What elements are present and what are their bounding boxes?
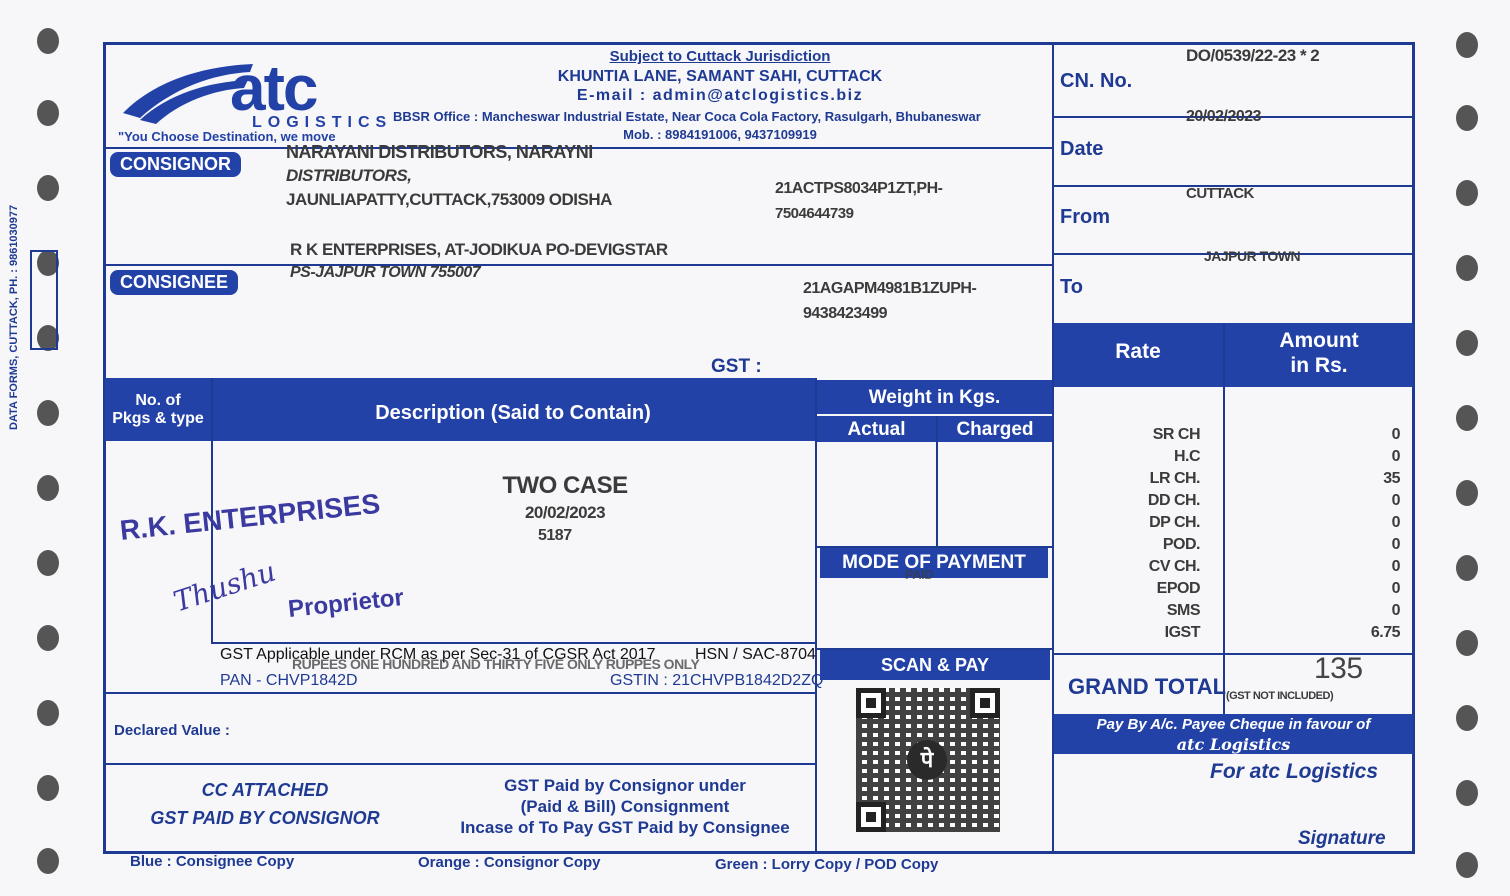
consignor-label: CONSIGNOR	[110, 152, 241, 177]
email: E-mail : admin@atclogistics.biz	[500, 87, 940, 105]
divider	[105, 692, 815, 694]
charge-name: SR CH	[1070, 426, 1200, 448]
margin-box	[30, 250, 58, 350]
consignor-line2: DISTRIBUTORS,	[286, 166, 411, 186]
qr-finder-icon	[970, 688, 1000, 718]
tractor-hole	[37, 400, 59, 426]
charge-row: DD CH.0	[1070, 492, 1400, 514]
rate-label: Rate	[1054, 340, 1222, 364]
tractor-hole	[1456, 705, 1478, 731]
col-pkgs: No. of Pkgs & type	[105, 392, 211, 428]
gst-paid-by-consignor: GST PAID BY CONSIGNOR	[120, 808, 410, 829]
tractor-hole	[1456, 32, 1478, 58]
grand-total-value: 135	[1314, 652, 1363, 686]
charge-name: H.C	[1070, 448, 1200, 470]
charge-amount: 0	[1300, 492, 1400, 514]
charge-amount: 0	[1300, 580, 1400, 602]
charge-amount: 0	[1300, 558, 1400, 580]
cc-attached: CC ATTACHED	[120, 780, 410, 801]
charge-row: LR CH.35	[1070, 470, 1400, 492]
jurisdiction: Subject to Cuttack Jurisdiction	[540, 48, 900, 65]
charge-name: LR CH.	[1070, 470, 1200, 492]
charge-name: DP CH.	[1070, 514, 1200, 536]
consignor-phone: 7504644739	[775, 205, 853, 222]
col-actual: Actual	[817, 419, 936, 441]
consignor-line1: NARAYANI DISTRIBUTORS, NARAYNI	[286, 142, 593, 163]
charge-row: SMS0	[1070, 602, 1400, 624]
col-weight: Weight in Kgs.	[817, 387, 1052, 409]
mode-of-payment-value: PAID	[905, 567, 933, 582]
address-line: KHUNTIA LANE, SAMANT SAHI, CUTTACK	[500, 68, 940, 86]
for-company: For atc Logistics	[1210, 760, 1378, 784]
from-value: CUTTACK	[1186, 185, 1254, 202]
copy-legend-orange: Orange : Consignor Copy	[418, 854, 601, 871]
signature-label: Signature	[1298, 828, 1386, 850]
charge-amount: 0	[1300, 448, 1400, 470]
charge-name: CV CH.	[1070, 558, 1200, 580]
tractor-hole	[37, 175, 59, 201]
charge-row: DP CH.0	[1070, 514, 1400, 536]
consignee-line1: R K ENTERPRISES, AT-JODIKUA PO-DEVIGSTAR	[290, 240, 668, 260]
charge-name: SMS	[1070, 602, 1200, 624]
qr-finder-icon	[856, 688, 886, 718]
consignee-label: CONSIGNEE	[110, 270, 238, 295]
amount-label: Amount in Rs.	[1225, 328, 1413, 378]
col-description: Description (Said to Contain)	[213, 402, 813, 425]
charge-row: IGST6.75	[1070, 624, 1400, 646]
charge-amount: 0	[1300, 514, 1400, 536]
printer-credit: DATA FORMS, CUTTACK, PH. : 9861030977	[8, 205, 20, 430]
gst-label: GST :	[711, 356, 762, 378]
charge-amount: 6.75	[1300, 624, 1400, 646]
cn-no-value: DO/0539/22-23 * 2	[1186, 46, 1319, 66]
date-value: 20/02/2023	[1186, 108, 1261, 126]
gst-note-line3: Incase of To Pay GST Paid by Consignee	[430, 818, 820, 838]
amount-in-words: RUPEES ONE HUNDRED AND THIRTY FIVE ONLY …	[292, 656, 699, 672]
charge-amount: 0	[1300, 536, 1400, 558]
grand-total-label: GRAND TOTAL	[1068, 674, 1226, 700]
tractor-hole	[1456, 105, 1478, 131]
hsn-code: HSN / SAC-8704	[695, 646, 816, 664]
consignee-line2: PS-JAJPUR TOWN 755007	[290, 264, 480, 282]
charge-row: CV CH.0	[1070, 558, 1400, 580]
tractor-hole	[1456, 330, 1478, 356]
charge-amount: 0	[1300, 426, 1400, 448]
charge-row: SR CH0	[1070, 426, 1400, 448]
tractor-hole	[1456, 255, 1478, 281]
to-value: JAJPUR TOWN	[1204, 248, 1300, 264]
charge-amount: 35	[1300, 470, 1400, 492]
gstin: GSTIN : 21CHVPB1842D2ZQ	[610, 672, 823, 690]
scan-pay-label: SCAN & PAY	[820, 650, 1050, 680]
charge-row: POD.0	[1070, 536, 1400, 558]
gst-not-included: (GST NOT INCLUDED)	[1226, 690, 1333, 702]
qr-finder-icon	[856, 802, 886, 832]
tractor-hole	[1456, 852, 1478, 878]
tractor-hole	[1456, 780, 1478, 806]
tractor-hole	[37, 700, 59, 726]
copy-legend-blue: Blue : Consignee Copy	[130, 853, 294, 870]
charge-row: H.C0	[1070, 448, 1400, 470]
tractor-hole	[37, 100, 59, 126]
tractor-hole	[1456, 405, 1478, 431]
tractor-hole	[37, 625, 59, 651]
pan: PAN - CHVP1842D	[220, 672, 358, 690]
tractor-hole	[1456, 180, 1478, 206]
description-line1: TWO CASE	[470, 472, 660, 500]
charge-amount: 0	[1300, 602, 1400, 624]
mode-of-payment-label: MODE OF PAYMENT	[820, 548, 1048, 578]
tractor-hole	[37, 28, 59, 54]
description-line3: 5187	[538, 527, 572, 545]
col-charged: Charged	[938, 419, 1052, 441]
declared-value-label: Declared Value :	[114, 722, 230, 739]
cheque-note-line2: atc Logistics	[1054, 735, 1413, 754]
divider	[105, 264, 1053, 266]
description-line2: 20/02/2023	[470, 503, 660, 523]
consignee-gst-phone: 21AGAPM4981B1ZUPH-	[803, 280, 976, 298]
consignor-line3: JAUNLIAPATTY,CUTTACK,753009 ODISHA	[286, 190, 612, 210]
charge-name: EPOD	[1070, 580, 1200, 602]
from-label: From	[1060, 206, 1110, 229]
date-label: Date	[1060, 138, 1103, 161]
mobile: Mob. : 8984191006, 9437109919	[560, 127, 880, 142]
cn-no-label: CN. No.	[1060, 70, 1132, 93]
charge-name: IGST	[1070, 624, 1200, 646]
tractor-hole	[1456, 630, 1478, 656]
tractor-hole	[37, 550, 59, 576]
consignor-gst-phone: 21ACTPS8034P1ZT,PH-	[775, 180, 942, 198]
gst-note-line1: GST Paid by Consignor under	[430, 776, 820, 796]
tractor-hole	[37, 475, 59, 501]
consignment-note: DATA FORMS, CUTTACK, PH. : 9861030977 at…	[0, 0, 1510, 896]
cheque-note-line1: Pay By A/c. Payee Cheque in favour of	[1054, 716, 1413, 733]
gst-note-line2: (Paid & Bill) Consignment	[430, 797, 820, 817]
charge-row: EPOD0	[1070, 580, 1400, 602]
logo-text: atc	[230, 58, 317, 118]
consignee-phone: 9438423499	[803, 305, 887, 323]
upi-logo-icon: पे	[907, 740, 947, 780]
tractor-hole	[37, 775, 59, 801]
charge-name: DD CH.	[1070, 492, 1200, 514]
divider	[105, 763, 815, 765]
charge-name: POD.	[1070, 536, 1200, 558]
tractor-hole	[37, 848, 59, 874]
divider	[211, 642, 815, 644]
charges-list: SR CH0H.C0LR CH.35DD CH.0DP CH.0POD.0CV …	[1070, 426, 1400, 646]
bbsr-office: BBSR Office : Mancheswar Industrial Esta…	[393, 109, 981, 124]
copy-legend-green: Green : Lorry Copy / POD Copy	[715, 856, 938, 873]
tractor-hole	[1456, 480, 1478, 506]
tractor-hole	[1456, 555, 1478, 581]
to-label: To	[1060, 276, 1083, 299]
